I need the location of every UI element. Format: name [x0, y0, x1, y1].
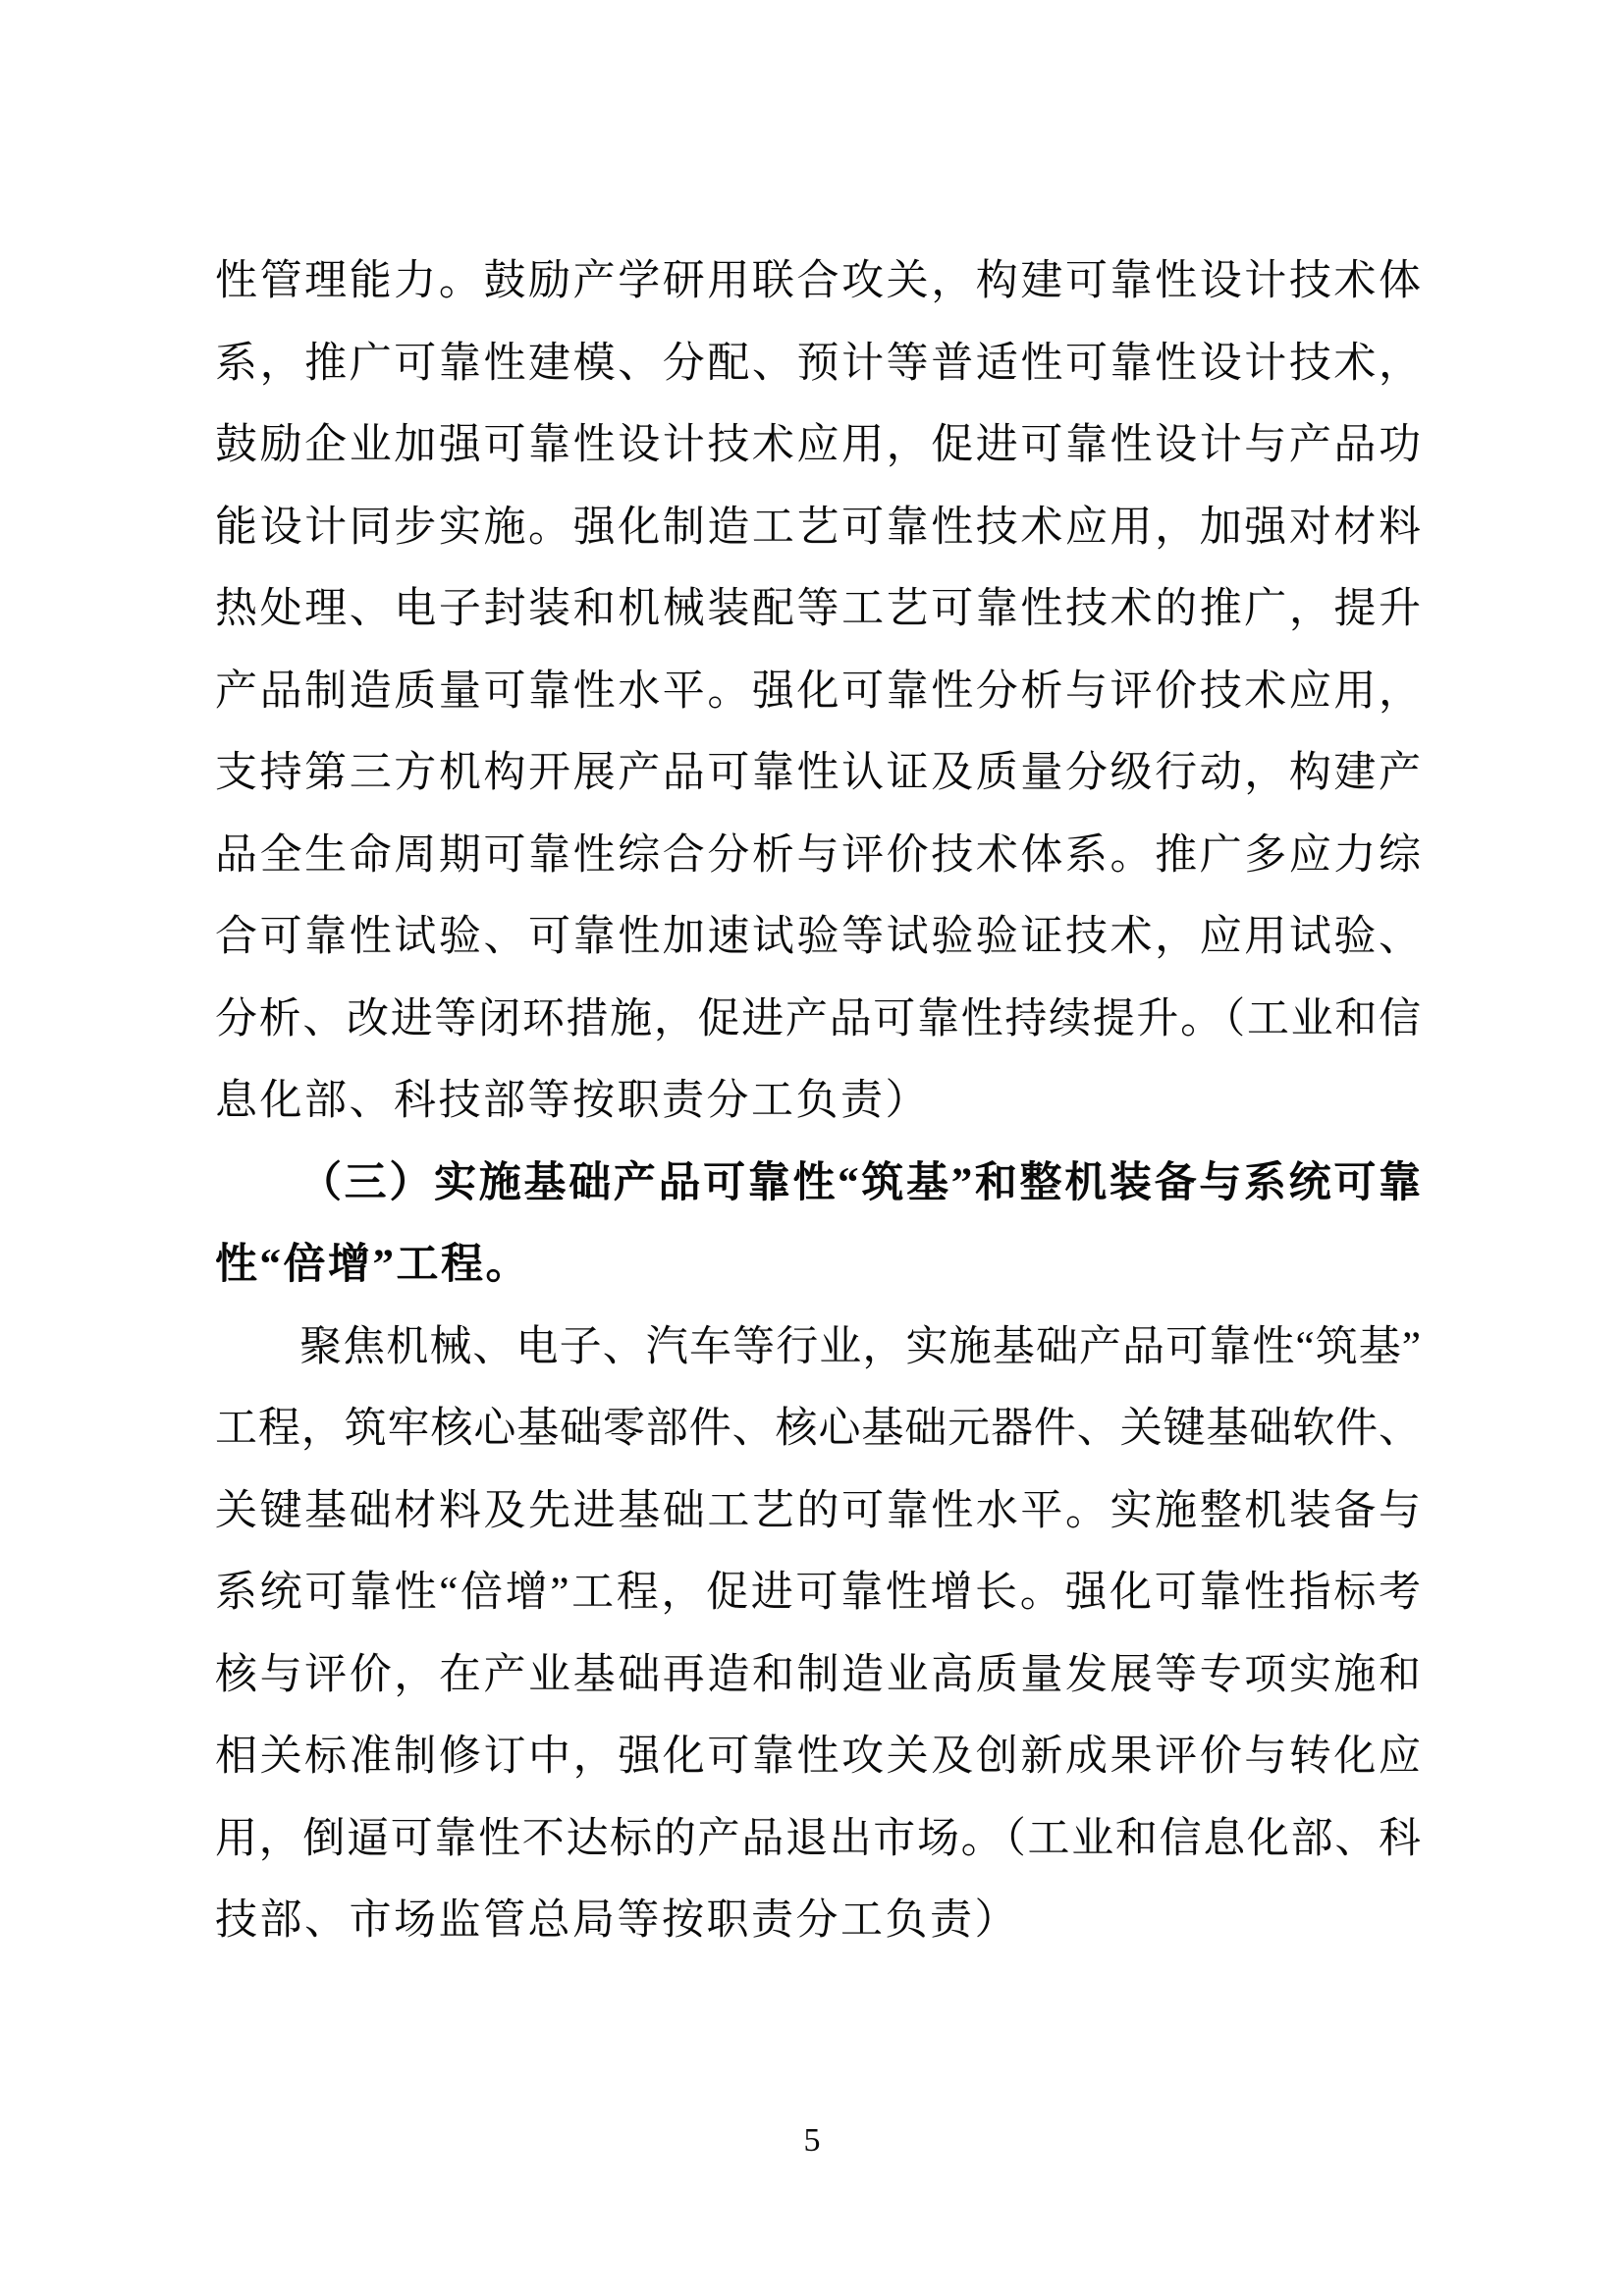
- text-line-5: 热处理、电子封装和机械装配等工艺可靠性技术的推广，提升: [215, 568, 1421, 651]
- text-line-2: 系，推广可靠性建模、分配、预计等普适性可靠性设计技术，: [215, 323, 1421, 405]
- text-line-21: 技部、市场监管总局等按职责分工负责）: [215, 1880, 1421, 1962]
- text-line-8: 品全生命周期可靠性综合分析与评价技术体系。推广多应力综: [215, 815, 1421, 897]
- text-line-17: 系统可靠性“倍增”工程，促进可靠性增长。强化可靠性指标考: [215, 1552, 1421, 1634]
- text-line-19: 相关标准制修订中，强化可靠性攻关及创新成果评价与转化应: [215, 1716, 1421, 1798]
- text-line-20: 用，倒逼可靠性不达标的产品退出市场。（工业和信息化部、科: [215, 1798, 1421, 1881]
- text-line-12: （三）实施基础产品可靠性“筑基”和整机装备与系统可靠: [215, 1143, 1421, 1225]
- document-body: 性管理能力。鼓励产学研用联合攻关，构建可靠性设计技术体系，推广可靠性建模、分配、…: [215, 240, 1421, 1962]
- page-number: 5: [0, 2116, 1624, 2165]
- text-line-15: 工程，筑牢核心基础零部件、核心基础元器件、关键基础软件、: [215, 1388, 1421, 1470]
- text-line-6: 产品制造质量可靠性水平。强化可靠性分析与评价技术应用，: [215, 651, 1421, 733]
- text-line-10: 分析、改进等闭环措施，促进产品可靠性持续提升。（工业和信: [215, 979, 1421, 1061]
- text-line-3: 鼓励企业加强可靠性设计技术应用，促进可靠性设计与产品功: [215, 404, 1421, 487]
- text-line-1: 性管理能力。鼓励产学研用联合攻关，构建可靠性设计技术体: [215, 240, 1421, 323]
- text-line-16: 关键基础材料及先进基础工艺的可靠性水平。实施整机装备与: [215, 1470, 1421, 1553]
- text-line-11: 息化部、科技部等按职责分工负责）: [215, 1060, 1421, 1143]
- text-line-18: 核与评价，在产业基础再造和制造业高质量发展等专项实施和: [215, 1634, 1421, 1717]
- text-line-14: 聚焦机械、电子、汽车等行业，实施基础产品可靠性“筑基”: [215, 1307, 1421, 1389]
- text-line-7: 支持第三方机构开展产品可靠性认证及质量分级行动，构建产: [215, 732, 1421, 815]
- text-line-9: 合可靠性试验、可靠性加速试验等试验验证技术，应用试验、: [215, 896, 1421, 979]
- text-line-13: 性“倍增”工程。: [215, 1224, 1421, 1307]
- text-line-4: 能设计同步实施。强化制造工艺可靠性技术应用，加强对材料: [215, 487, 1421, 569]
- document-page: 性管理能力。鼓励产学研用联合攻关，构建可靠性设计技术体系，推广可靠性建模、分配、…: [0, 0, 1624, 2296]
